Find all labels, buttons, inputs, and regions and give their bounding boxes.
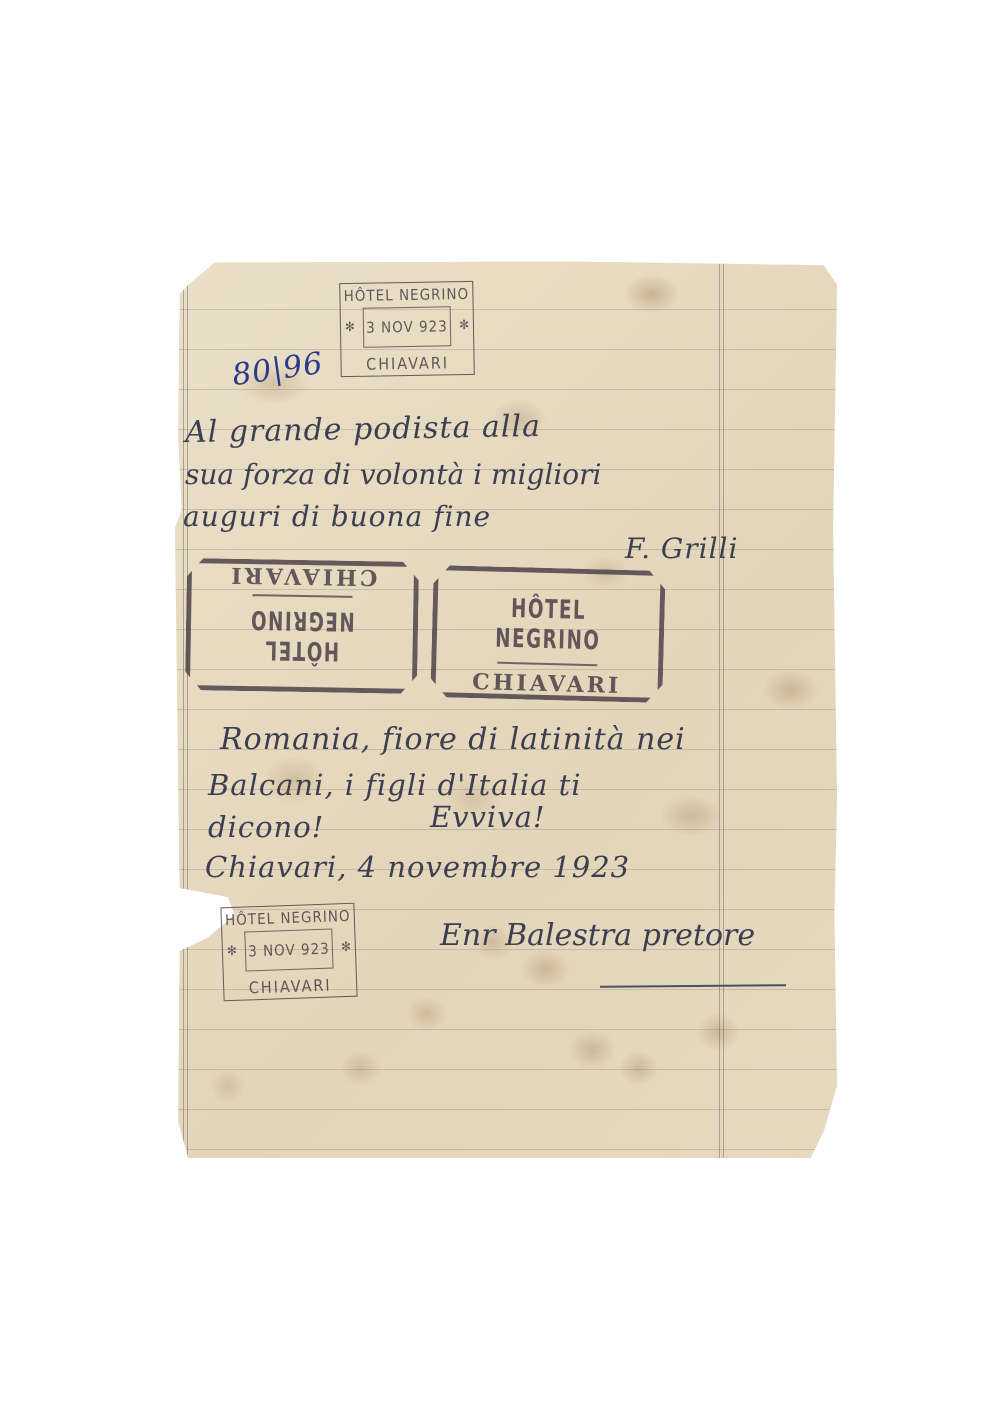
stamp-city: CHIAVARI bbox=[224, 975, 357, 999]
stamp-city: CHIAVARI bbox=[435, 668, 658, 700]
right-margin-line bbox=[719, 258, 720, 1158]
note1-line-2: sua forza di volontà i migliori bbox=[185, 458, 602, 491]
note1-signature: F. Grilli bbox=[625, 532, 738, 565]
stamp-city: CHIAVARI bbox=[192, 562, 414, 592]
note2-line-3: dicono! bbox=[208, 810, 324, 844]
ornament-icon: ✻ bbox=[459, 318, 469, 333]
stamp-date: 3 NOV 923 bbox=[244, 928, 333, 971]
stamp-city: CHIAVARI bbox=[341, 353, 473, 374]
note2-line-1: Romania, fiore di latinità nei bbox=[220, 722, 686, 757]
stamp-hotel-name: HÔTEL NEGRINO bbox=[215, 603, 389, 666]
stamp-hotel-name: HÔTEL NEGRINO bbox=[461, 593, 636, 658]
dated-stamp-bottom: HÔTEL NEGRINO ✻ 3 NOV 923 ✻ CHIAVARI bbox=[220, 903, 357, 1002]
stamp-hotel-name: HÔTEL NEGRINO bbox=[222, 907, 355, 930]
ornament-icon: ✻ bbox=[341, 940, 351, 955]
note2-line-2: Balcani, i figli d'Italia ti bbox=[208, 768, 582, 802]
hotel-stamp-inverted: HÔTEL NEGRINO CHIAVARI bbox=[185, 558, 419, 694]
dated-stamp-top: HÔTEL NEGRINO ✻ 3 NOV 923 ✻ CHIAVARI bbox=[339, 281, 475, 377]
ornament-icon: ✻ bbox=[345, 320, 355, 335]
note2-signature: Enr Balestra pretore bbox=[440, 918, 755, 953]
right-margin-line-2 bbox=[723, 258, 724, 1158]
stamp-divider bbox=[497, 662, 597, 666]
note2-exclamation: Evviva! bbox=[430, 800, 546, 834]
paper-sheet bbox=[175, 258, 837, 1158]
hotel-stamp: HÔTEL NEGRINO CHIAVARI bbox=[430, 565, 665, 703]
stamp-date: 3 NOV 923 bbox=[363, 306, 452, 348]
stamp-divider bbox=[253, 595, 353, 598]
note1-line-3: auguri di buona fine bbox=[183, 500, 491, 533]
left-margin-line bbox=[183, 258, 184, 1158]
stamp-hotel-name: HÔTEL NEGRINO bbox=[340, 285, 472, 305]
note1-line-1: Al grande podista alla bbox=[185, 409, 542, 450]
left-margin-line-2 bbox=[187, 258, 188, 1158]
ornament-icon: ✻ bbox=[227, 944, 237, 959]
note2-place-date: Chiavari, 4 novembre 1923 bbox=[205, 850, 630, 884]
